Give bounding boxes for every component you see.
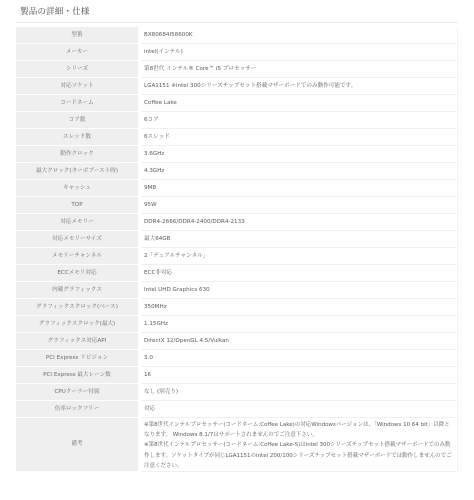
row-label: 対応メモリー [16,214,138,231]
table-row: スレッド数 6スレッド [16,129,458,146]
notes-label: 備考 [16,418,138,472]
row-label: キャッシュ [16,180,138,197]
table-row: 型番 BX80684I58600K [16,27,458,44]
table-row: グラフィックスクロック(ベース) 350MHz [16,299,458,316]
note-line: ※第8世代インテルプロセッサー(コードネーム:Coffee Lake)の対応Wi… [144,420,452,440]
row-label: PCI Express 最大レーン数 [16,367,138,384]
row-label: スレッド数 [16,129,138,146]
table-row: 倍率ロックフリー 対応 [16,401,458,418]
row-value: BX80684I58600K [141,27,458,44]
row-value: Intel UHD Graphics 630 [141,282,458,299]
row-label: CPUクーラー付属 [16,384,138,401]
row-value: ECC非対応 [141,265,458,282]
table-row: ECCメモリ対応 ECC非対応 [16,265,458,282]
row-value: 16 [141,367,458,384]
row-label: メーカー [16,44,138,61]
table-row: 対応メモリーサイズ 最大64GB [16,231,458,248]
table-row: グラフィックス対応API DirectX 12/OpenGL 4.5/Vulka… [16,333,458,350]
row-label: コードネーム [16,95,138,112]
row-value: DDR4-2666/DDR4-2400/DDR4-2133 [141,214,458,231]
table-row: メモリーチャンネル 2「デュアルチャンネル」 [16,248,458,265]
row-value: 95W [141,197,458,214]
row-label: シリーズ [16,61,138,78]
row-value: 6スレッド [141,129,458,146]
row-value: 最大64GB [141,231,458,248]
title-divider [16,22,458,23]
row-value: 1.15GHz [141,316,458,333]
row-label: グラフィックスクロック(ベース) [16,299,138,316]
table-row: 対応ソケット LGA1151 ※intel 300シリーズチップセット搭載マザー… [16,78,458,95]
row-value: 3.0 [141,350,458,367]
table-row: キャッシュ 9MB [16,180,458,197]
table-row: コードネーム Coffee Lake [16,95,458,112]
row-label: 倍率ロックフリー [16,401,138,418]
note-line: ※第8世代インテルプロセッサー(コードネーム:Coffee Lake-S)はin… [144,440,452,471]
row-label: グラフィックス対応API [16,333,138,350]
row-label: PCI Express リビジョン [16,350,138,367]
table-row: 対応メモリー DDR4-2666/DDR4-2400/DDR4-2133 [16,214,458,231]
table-row: グラフィックスクロック(最大) 1.15GHz [16,316,458,333]
row-value: LGA1151 ※intel 300シリーズチップセット搭載マザーボードでのみ動… [141,78,458,95]
row-label: 最大クロック(ターボブースト時) [16,163,138,180]
spec-table: 型番 BX80684I58600K メーカー intel(インテル) シリーズ … [16,27,458,472]
row-value: 3.6GHz [141,146,458,163]
notes-row: 備考 ※第8世代インテルプロセッサー(コードネーム:Coffee Lake)の対… [16,418,458,472]
row-label: 対応メモリーサイズ [16,231,138,248]
row-label: グラフィックスクロック(最大) [16,316,138,333]
row-value: なし (別売り) [141,384,458,401]
row-value: 対応 [141,401,458,418]
table-row: 動作クロック 3.6GHz [16,146,458,163]
row-value: 350MHz [141,299,458,316]
row-value: 第8世代 インテル® Core™ i5 プロセッサー [141,61,458,78]
row-value: 2「デュアルチャンネル」 [141,248,458,265]
row-label: メモリーチャンネル [16,248,138,265]
table-row: コア数 6コア [16,112,458,129]
row-label: 型番 [16,27,138,44]
notes-value: ※第8世代インテルプロセッサー(コードネーム:Coffee Lake)の対応Wi… [141,418,458,472]
row-label: コア数 [16,112,138,129]
table-row: PCI Express リビジョン 3.0 [16,350,458,367]
row-value: intel(インテル) [141,44,458,61]
table-row: シリーズ 第8世代 インテル® Core™ i5 プロセッサー [16,61,458,78]
table-row: 内蔵グラフィックス Intel UHD Graphics 630 [16,282,458,299]
table-row: TOP 95W [16,197,458,214]
table-row: PCI Express 最大レーン数 16 [16,367,458,384]
row-value: 4.3GHz [141,163,458,180]
row-value: 6コア [141,112,458,129]
section-title: 製品の詳細・仕様 [20,5,90,17]
row-label: TOP [16,197,138,214]
table-row: メーカー intel(インテル) [16,44,458,61]
table-row: 最大クロック(ターボブースト時) 4.3GHz [16,163,458,180]
row-label: 動作クロック [16,146,138,163]
row-label: 内蔵グラフィックス [16,282,138,299]
row-label: ECCメモリ対応 [16,265,138,282]
row-value: 9MB [141,180,458,197]
row-label: 対応ソケット [16,78,138,95]
row-value: DirectX 12/OpenGL 4.5/Vulkan [141,333,458,350]
table-row: CPUクーラー付属 なし (別売り) [16,384,458,401]
row-value: Coffee Lake [141,95,458,112]
